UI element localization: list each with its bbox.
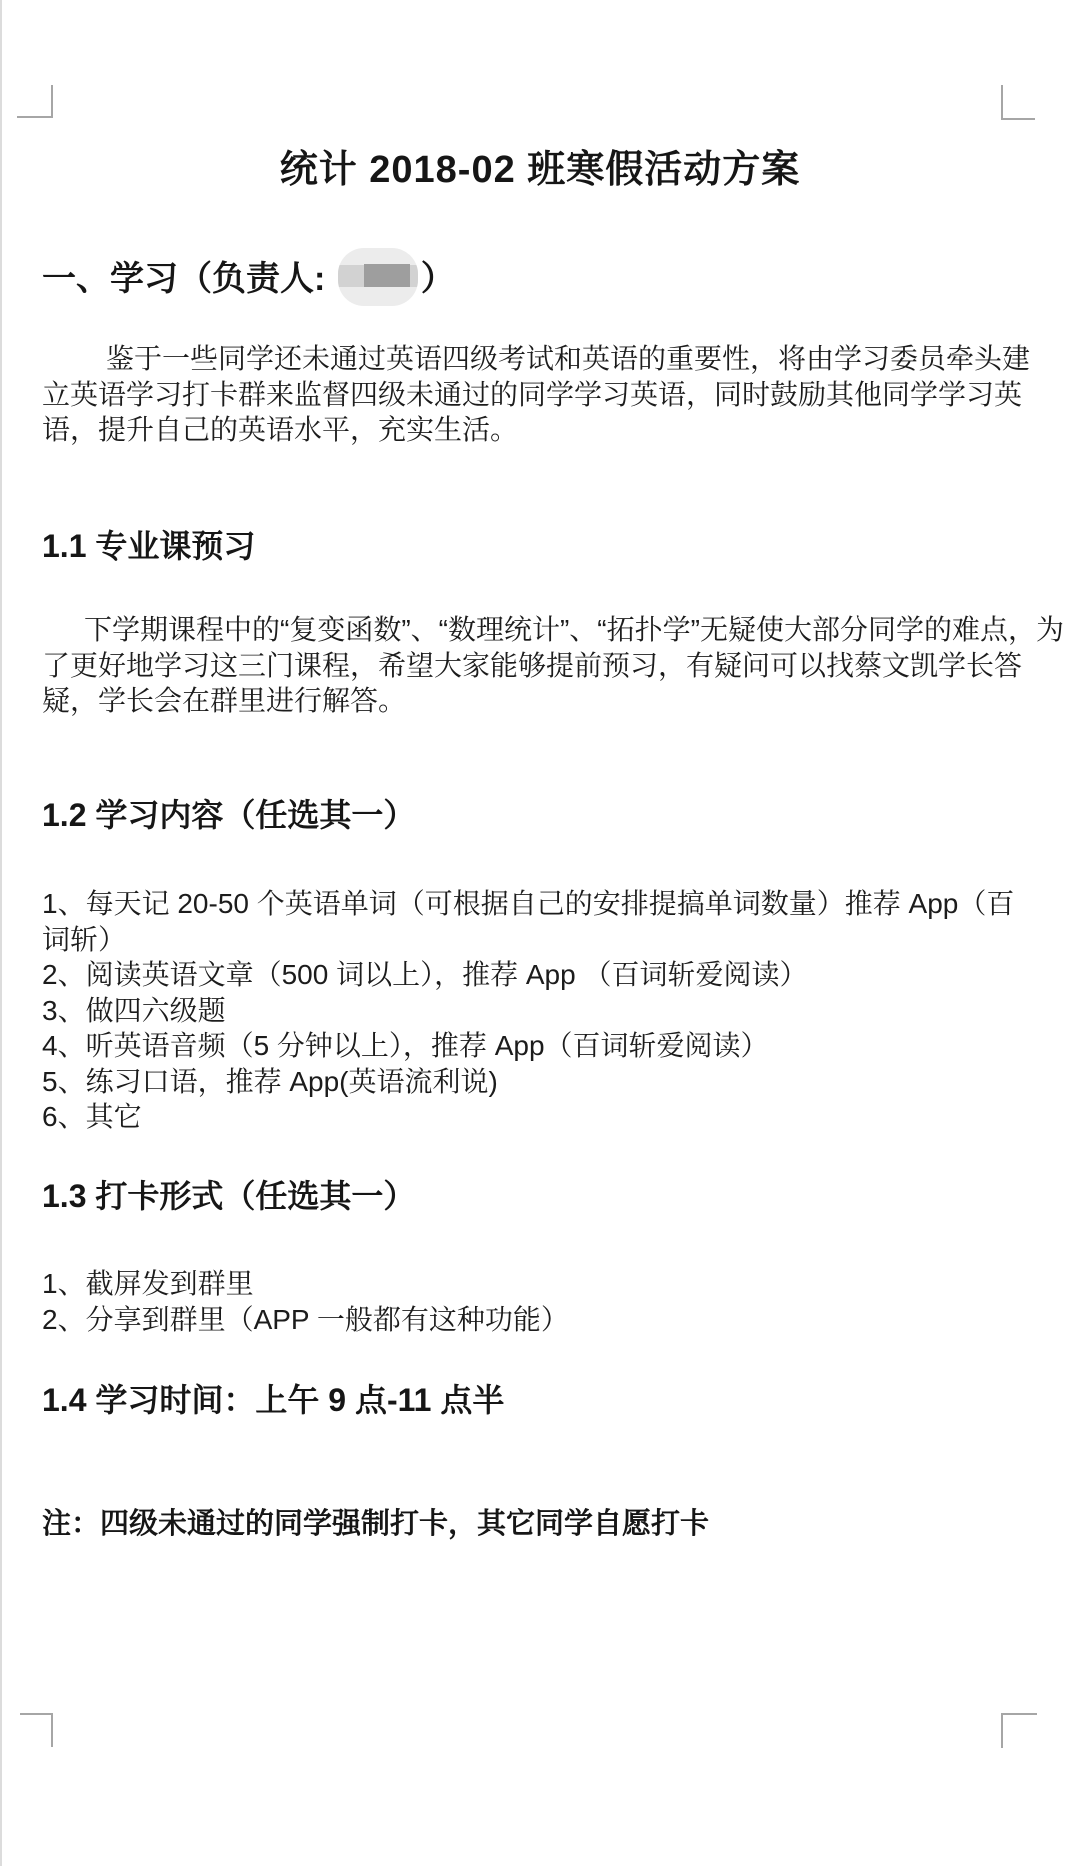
paragraph-line: 立英语学习打卡群来监督四级未通过的同学学习英语，同时鼓励其他同学学习英 xyxy=(42,377,1052,413)
page-edge-line xyxy=(0,0,2,1866)
preview-paragraph: 下学期课程中的“复变函数”、“数理统计”、“拓扑学”无疑使大部分同学的难点，为 … xyxy=(42,612,1052,719)
list-item-line: 4、听英语音频（5 分钟以上），推荐 App（百词斩爱阅读） xyxy=(42,1028,1052,1064)
heading-1-1-preview: 1.1 专业课预习 xyxy=(42,526,255,566)
list-item-line: 2、分享到群里（APP 一般都有这种功能） xyxy=(42,1302,1052,1338)
heading-study-prefix: 一、学习（负责人: xyxy=(42,260,335,298)
intro-paragraph: 鉴于一些同学还未通过英语四级考试和英语的重要性，将由学习委员牵头建 立英语学习打… xyxy=(42,341,1052,448)
heading-study-suffix: ） xyxy=(421,260,455,298)
paragraph-line: 疑，学长会在群里进行解答。 xyxy=(42,683,1052,719)
note-text: 注：四级未通过的同学强制打卡，其它同学自愿打卡 xyxy=(42,1505,709,1543)
crop-mark-bottom-left xyxy=(20,1713,53,1747)
list-item-line: 词斩） xyxy=(42,922,1052,958)
list-item-line: 2、阅读英语文章（500 词以上），推荐 App （百词斩爱阅读） xyxy=(42,957,1052,993)
study-content-list: 1、每天记 20-50 个英语单词（可根据自己的安排提搞单词数量）推荐 App（… xyxy=(42,886,1052,1135)
paragraph-line: 鉴于一些同学还未通过英语四级考试和英语的重要性，将由学习委员牵头建 xyxy=(42,341,1052,377)
section-heading-study: 一、学习（负责人: ） xyxy=(42,248,455,306)
list-item-line: 1、截屏发到群里 xyxy=(42,1266,1052,1302)
heading-1-3-checkin-format: 1.3 打卡形式（任选其一） xyxy=(42,1176,415,1216)
crop-mark-bottom-right xyxy=(1001,1713,1037,1748)
paragraph-line: 下学期课程中的“复变函数”、“数理统计”、“拓扑学”无疑使大部分同学的难点，为 xyxy=(42,612,1052,648)
redacted-name-blur xyxy=(338,248,418,306)
list-item-line: 6、其它 xyxy=(42,1099,1052,1135)
list-item-line: 5、练习口语，推荐 App(英语流利说) xyxy=(42,1064,1052,1100)
paragraph-line: 了更好地学习这三门课程，希望大家能够提前预习，有疑问可以找蔡文凯学长答 xyxy=(42,648,1052,684)
document-title: 统计 2018-02 班寒假活动方案 xyxy=(0,146,1080,194)
redacted-name-blur-dark xyxy=(364,264,410,287)
paragraph-line: 语，提升自己的英语水平，充实生活。 xyxy=(42,412,1052,448)
checkin-format-list: 1、截屏发到群里 2、分享到群里（APP 一般都有这种功能） xyxy=(42,1266,1052,1337)
document-page[interactable]: 统计 2018-02 班寒假活动方案 一、学习（负责人: ） 鉴于一些同学还未通… xyxy=(0,0,1080,1866)
heading-1-4-study-time: 1.4 学习时间：上午 9 点-11 点半 xyxy=(42,1380,504,1420)
heading-1-2-content: 1.2 学习内容（任选其一） xyxy=(42,795,415,835)
crop-mark-top-right xyxy=(1001,85,1035,120)
list-item-line: 1、每天记 20-50 个英语单词（可根据自己的安排提搞单词数量）推荐 App（… xyxy=(42,886,1052,922)
crop-mark-top-left xyxy=(17,85,53,118)
list-item-line: 3、做四六级题 xyxy=(42,993,1052,1029)
